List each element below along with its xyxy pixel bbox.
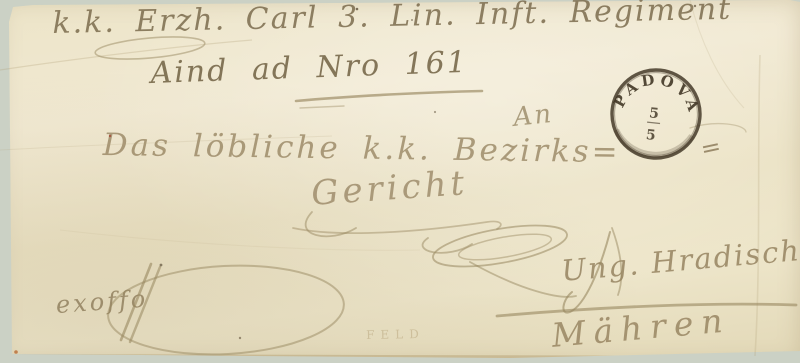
paraph-tail (470, 262, 576, 297)
padova-postmark: PADOVA 5 5 (605, 65, 708, 162)
ink-overlay: PADOVA 5 5 (0, 0, 800, 363)
postmark-date-divider (647, 122, 660, 123)
flourish-gericht-sweep (293, 221, 501, 233)
envelope-scan: k.k. Erzh. Carl 3. Lin. Inft. Regiment A… (0, 0, 800, 363)
paraph-ascender (612, 228, 621, 295)
underline-nro161 (296, 91, 482, 101)
underline-destination (497, 304, 796, 316)
flourish-loop-carl (94, 33, 205, 63)
underline-nro161-short (300, 106, 344, 108)
paraph-descender (563, 232, 610, 313)
flourish-gericht-right (423, 238, 472, 253)
ink-flourishes (94, 33, 796, 360)
ink-specks (14, 5, 696, 354)
postmark-day: 5 (648, 105, 659, 122)
postmark-month: 5 (645, 127, 656, 144)
